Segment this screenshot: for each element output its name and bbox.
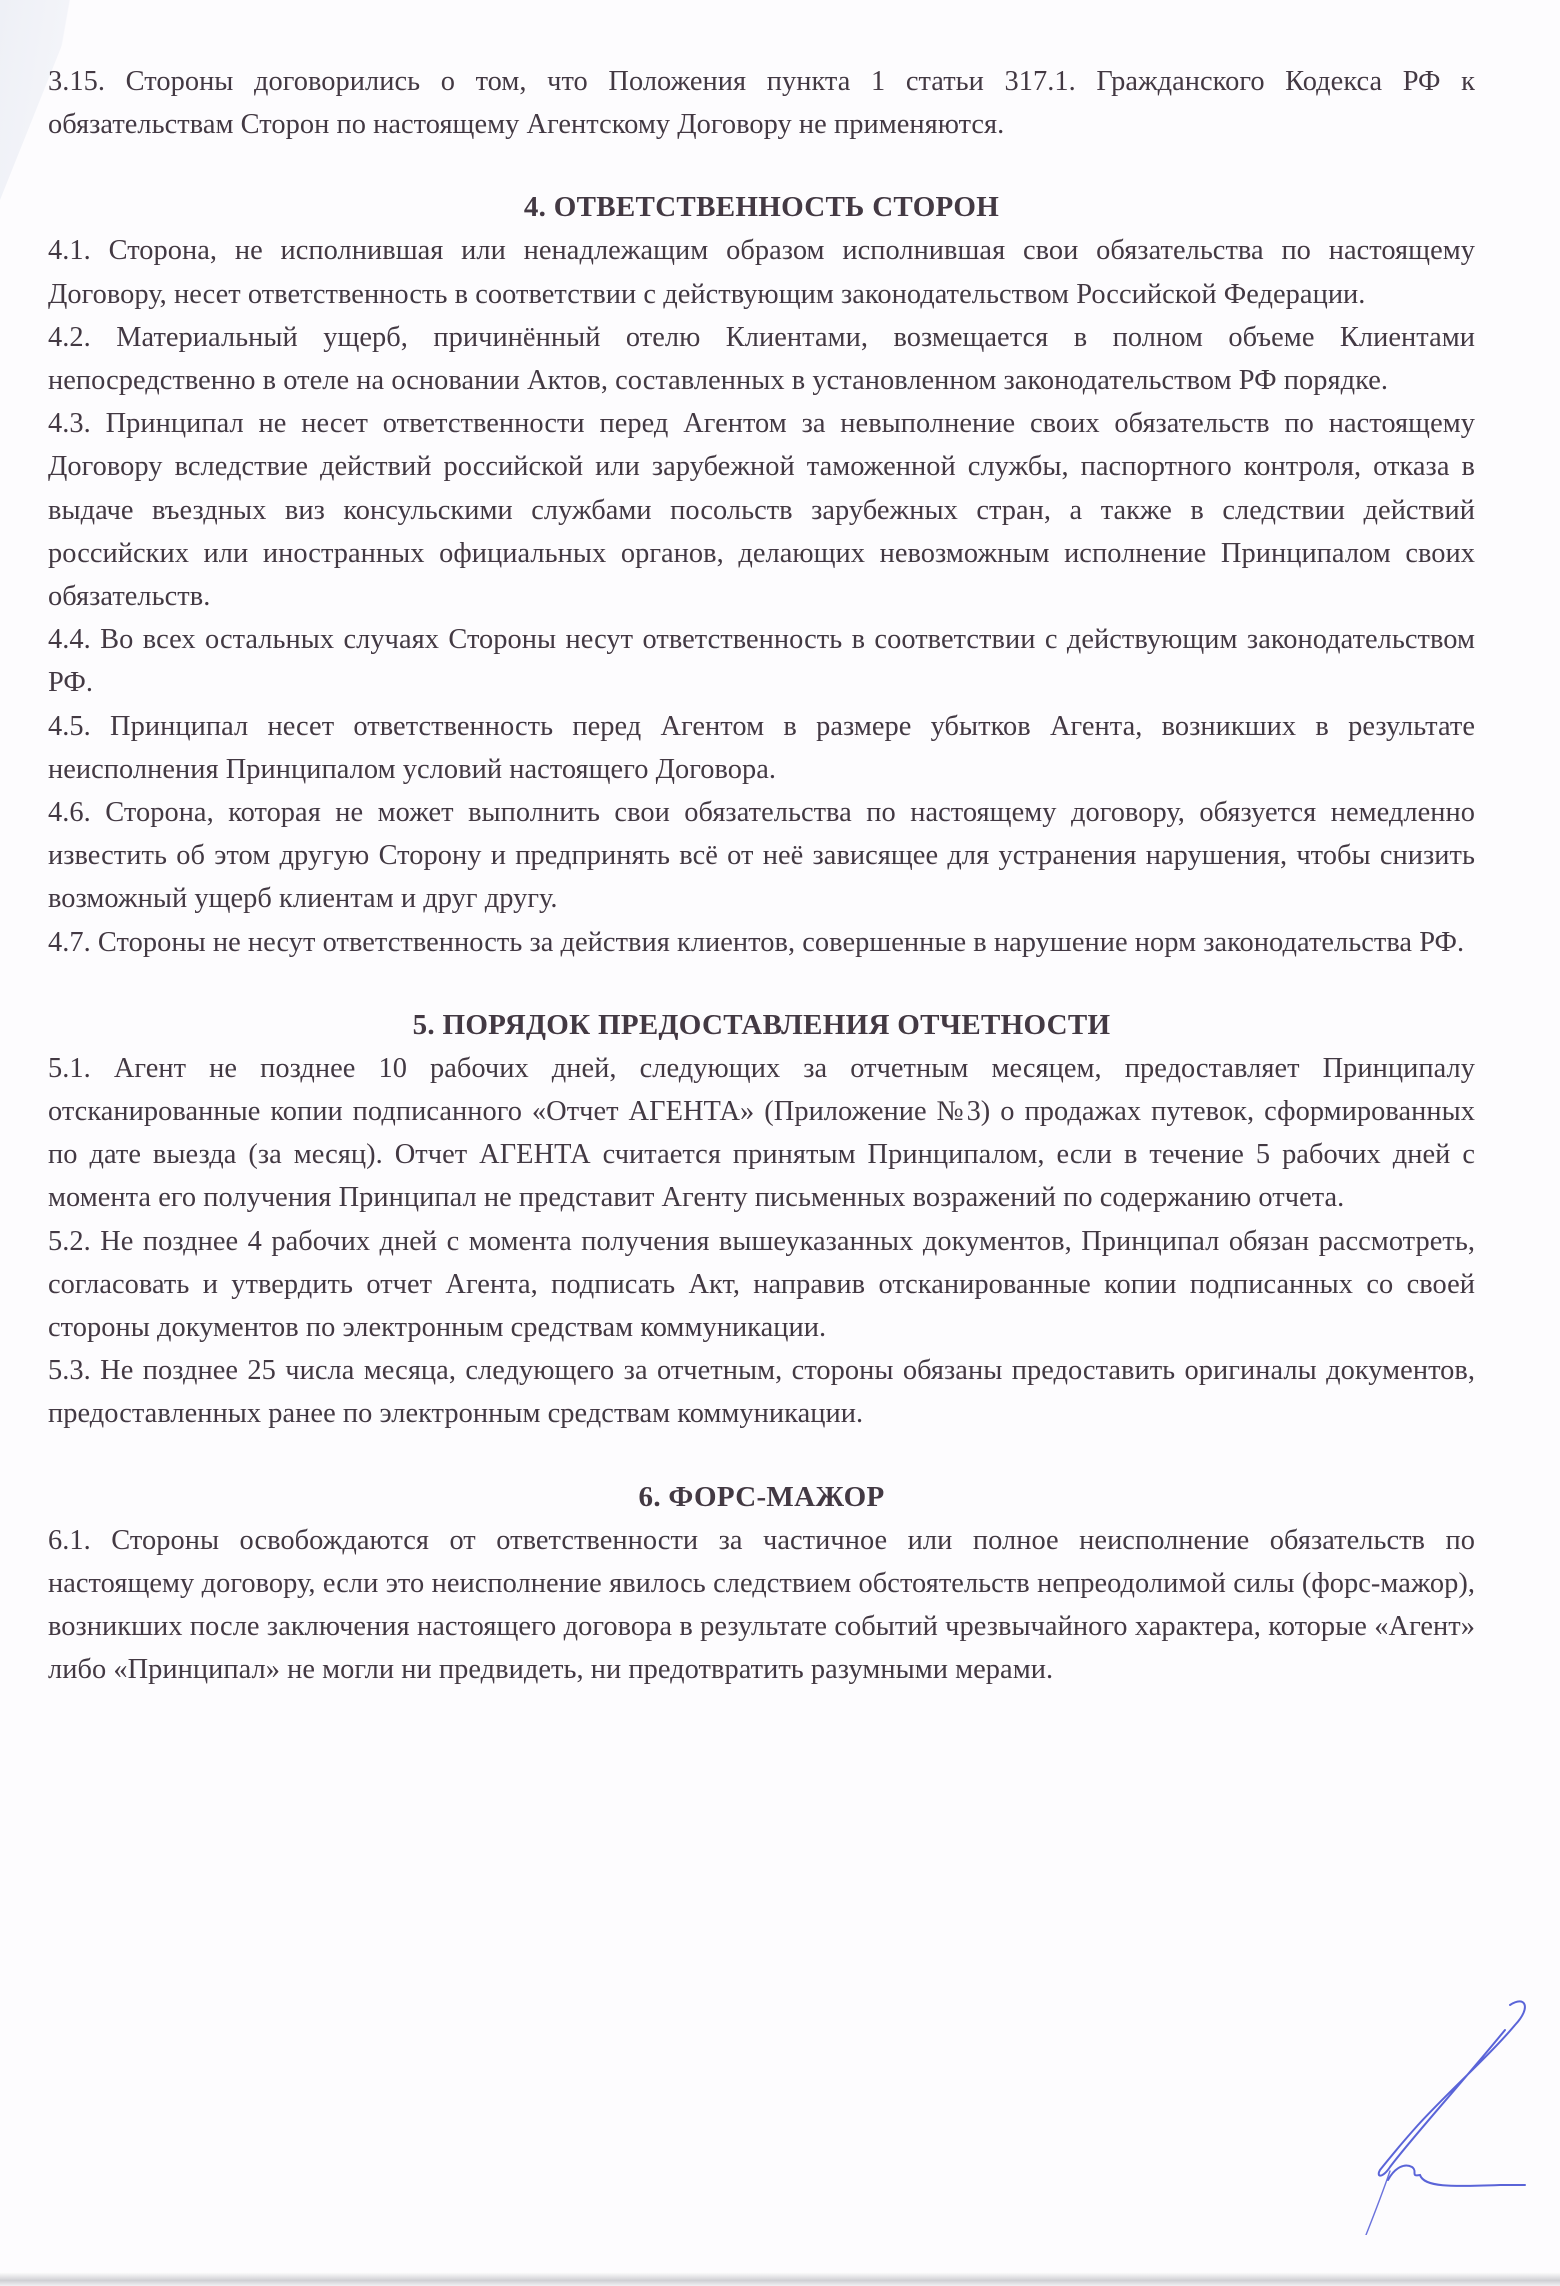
section-6-force-majeure: 6. ФОРС-МАЖОР 6.1. Стороны освобождаются… — [48, 1476, 1475, 1692]
clause-4-7: 4.7. Стороны не несут ответственность за… — [48, 921, 1475, 964]
section-heading: 5. ПОРЯДОК ПРЕДОСТАВЛЕНИЯ ОТЧЕТНОСТИ — [48, 1004, 1475, 1047]
document-page: 3.15. Стороны договорились о том, что По… — [48, 60, 1475, 1692]
section-heading: 4. ОТВЕТСТВЕННОСТЬ СТОРОН — [48, 186, 1475, 229]
clause-4-2: 4.2. Материальный ущерб, причинённый оте… — [48, 316, 1475, 402]
clause-5-3: 5.3. Не позднее 25 числа месяца, следующ… — [48, 1349, 1475, 1435]
section-4-liability: 4. ОТВЕТСТВЕННОСТЬ СТОРОН 4.1. Сторона, … — [48, 186, 1475, 963]
clause-4-1: 4.1. Сторона, не исполнившая или ненадле… — [48, 229, 1475, 315]
section-5-reporting: 5. ПОРЯДОК ПРЕДОСТАВЛЕНИЯ ОТЧЕТНОСТИ 5.1… — [48, 1004, 1475, 1436]
clause-4-4: 4.4. Во всех остальных случаях Стороны н… — [48, 618, 1475, 704]
clause-3-15: 3.15. Стороны договорились о том, что По… — [48, 60, 1475, 146]
clause-4-3: 4.3. Принципал не несет ответственности … — [48, 402, 1475, 618]
handwritten-signature-icon — [1300, 1995, 1540, 2235]
clause-4-6: 4.6. Сторона, которая не может выполнить… — [48, 791, 1475, 921]
clause-4-5: 4.5. Принципал несет ответственность пер… — [48, 705, 1475, 791]
section-heading: 6. ФОРС-МАЖОР — [48, 1476, 1475, 1519]
clause-5-1: 5.1. Агент не позднее 10 рабочих дней, с… — [48, 1047, 1475, 1220]
scan-bottom-edge — [0, 2272, 1560, 2286]
clause-5-2: 5.2. Не позднее 4 рабочих дней с момента… — [48, 1220, 1475, 1350]
clause-6-1: 6.1. Стороны освобождаются от ответствен… — [48, 1519, 1475, 1692]
